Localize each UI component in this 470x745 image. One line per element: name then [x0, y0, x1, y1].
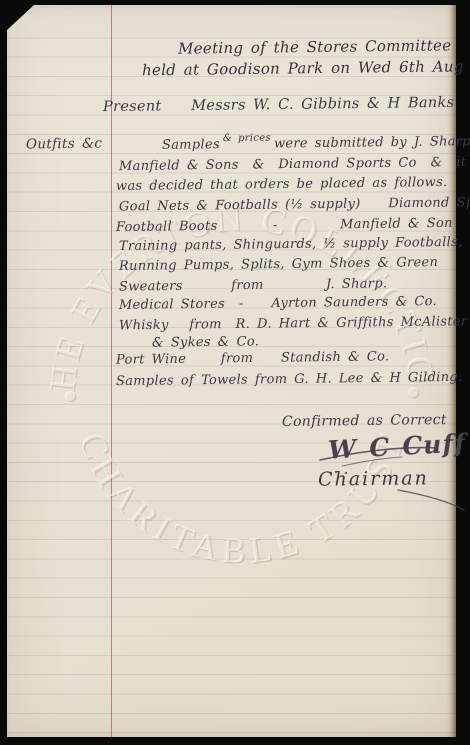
- confirmation-line: Confirmed as Correct: [282, 413, 447, 429]
- body-line: Goal Nets & Footballs (½ supply) Diamond…: [119, 195, 470, 213]
- scanned-minute-book-photo: THE EVERTON COLLECTION CHARITABLE TRUST …: [0, 0, 470, 745]
- body-line: Medical Stores - Ayrton Saunders & Co.: [119, 295, 437, 312]
- body-line: was decided that orders be placed as fol…: [116, 176, 448, 193]
- body-line: Port Wine from Standish & Co.: [116, 350, 390, 366]
- body-line: Football Boots - Manfield & Son: [116, 217, 453, 234]
- body-line: Sweaters from J. Sharp.: [119, 277, 387, 293]
- inserted-text-prices: & prices: [223, 134, 271, 145]
- heading-line-2: held at Goodison Park on Wed 6th Aug 192…: [142, 59, 470, 79]
- body-line: Whisky from R. D. Hart & Griffiths McAli…: [119, 315, 470, 333]
- heading-line-1: Meeting of the Stores Committee: [178, 38, 452, 56]
- chairman-signature: W C Cuff: [327, 430, 466, 462]
- body-line: & Sykes & Co.: [152, 335, 259, 349]
- body-line-samples-post: were submitted by J. Sharp,: [274, 134, 470, 151]
- body-line: Training pants, Shinguards, ½ supply Foo…: [119, 236, 463, 253]
- signature-role: Chairman: [318, 469, 429, 489]
- body-line-samples: Samples& priceswere submitted by J. Shar…: [162, 135, 470, 152]
- body-line: Running Pumps, Splits, Gym Shoes & Green: [119, 256, 438, 273]
- margin-note-outfits: Outfits &c: [26, 138, 102, 152]
- body-line-samples-pre: Samples: [162, 137, 220, 153]
- body-line: Samples of Towels from G. H. Lee & H Gil…: [116, 371, 463, 388]
